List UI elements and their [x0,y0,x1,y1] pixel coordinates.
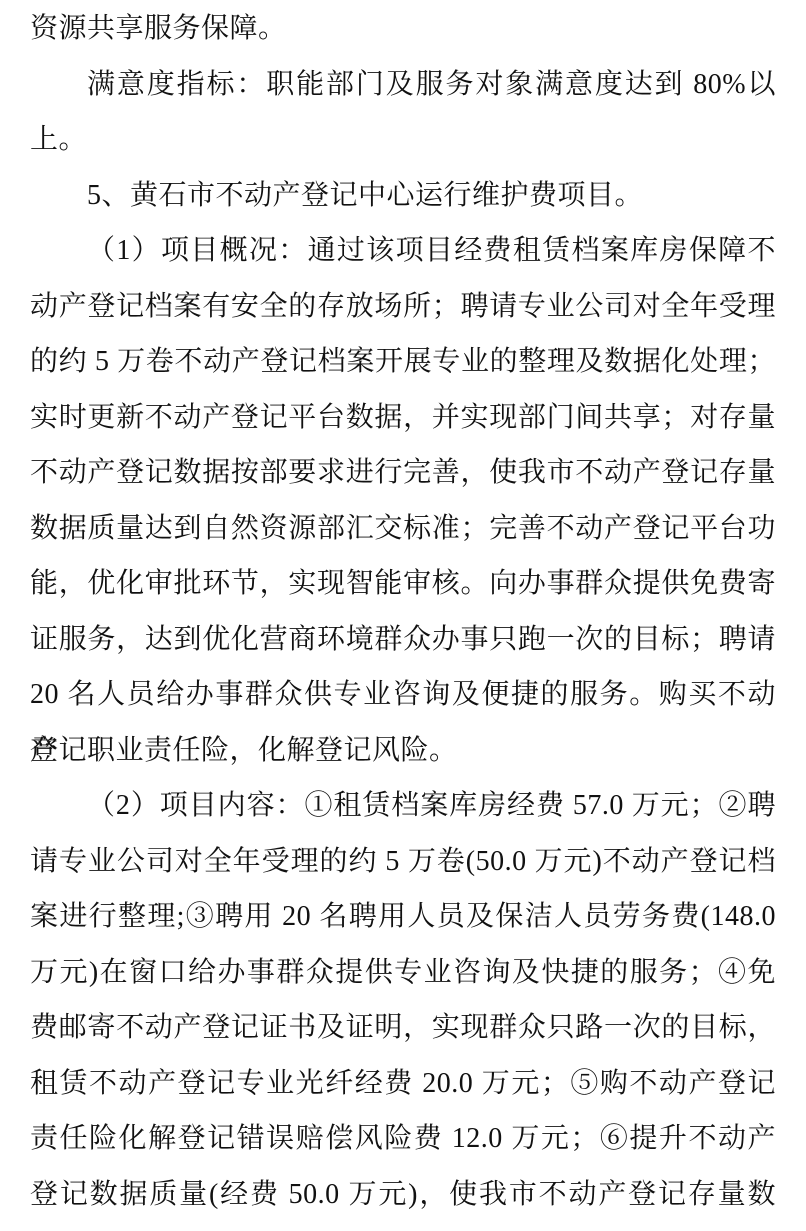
text-line: 实时更新不动产登记平台数据，并实现部门间共享；对存量 [30,390,776,446]
text-line: 动产登记档案有安全的存放场所；聘请专业公司对全年受理 [30,279,776,335]
text-line: 登记职业责任险，化解登记风险。 [30,723,776,779]
text-line: 不动产登记数据按部要求进行完善，使我市不动产登记存量 [30,445,776,501]
text-line: 证服务，达到优化营商环境群众办事只跑一次的目标；聘请 [30,612,776,668]
text-line: （2）项目内容：①租赁档案库房经费 57.0 万元；②聘 [30,778,776,834]
text-line: 万元)在窗口给办事群众提供专业咨询及快捷的服务；④免 [30,945,776,1001]
text-line: 5、黄石市不动产登记中心运行维护费项目。 [30,168,776,224]
text-line: 请专业公司对全年受理的约 5 万卷(50.0 万元)不动产登记档 [30,834,776,890]
text-line: 费邮寄不动产登记证书及证明，实现群众只路一次的目标， [30,1000,776,1056]
text-line: 的约 5 万卷不动产登记档案开展专业的整理及数据化处理； [30,334,776,390]
text-line: 能，优化审批环节，实现智能审核。向办事群众提供免费寄 [30,556,776,612]
text-line: 20 名人员给办事群众供专业咨询及便捷的服务。购买不动产 [30,667,776,723]
document-page: 资源共享服务保障。满意度指标：职能部门及服务对象满意度达到 80%以上。5、黄石… [0,0,806,1231]
document-text: 资源共享服务保障。满意度指标：职能部门及服务对象满意度达到 80%以上。5、黄石… [30,1,776,1222]
text-line: 登记数据质量(经费 50.0 万元)，使我市不动产登记存量数 [30,1167,776,1223]
text-line: （1）项目概况：通过该项目经费租赁档案库房保障不 [30,223,776,279]
text-line: 满意度指标：职能部门及服务对象满意度达到 80%以 [30,57,776,113]
text-line: 责任险化解登记错误赔偿风险费 12.0 万元；⑥提升不动产 [30,1111,776,1167]
text-line: 资源共享服务保障。 [30,1,776,57]
text-line: 上。 [30,112,776,168]
text-line: 数据质量达到自然资源部汇交标准；完善不动产登记平台功 [30,501,776,557]
text-line: 租赁不动产登记专业光纤经费 20.0 万元；⑤购不动产登记 [30,1056,776,1112]
text-line: 案进行整理;③聘用 20 名聘用人员及保洁人员劳务费(148.0 [30,889,776,945]
